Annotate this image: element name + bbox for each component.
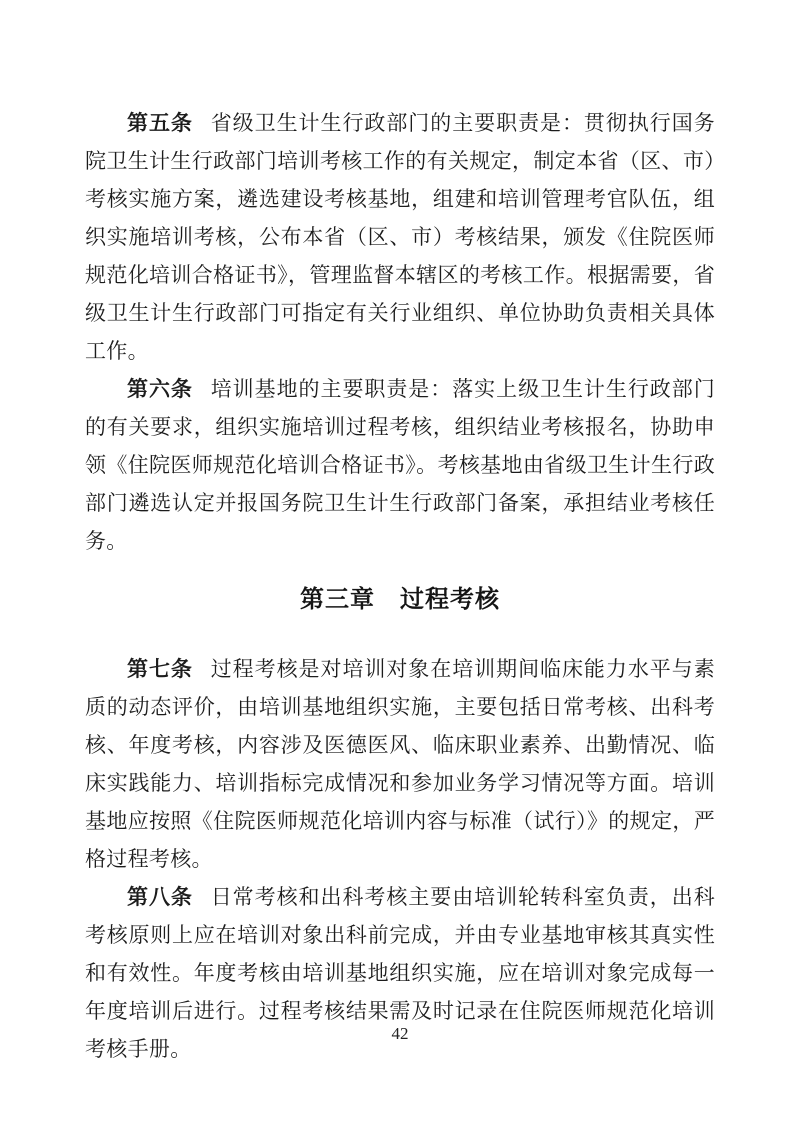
document-page: 第五条省级卫生计生行政部门的主要职责是：贯彻执行国务院卫生计生行政部门培训考核工… xyxy=(0,0,800,1129)
document-content: 第五条省级卫生计生行政部门的主要职责是：贯彻执行国务院卫生计生行政部门培训考核工… xyxy=(85,104,715,1068)
article-5-text: 省级卫生计生行政部门的主要职责是：贯彻执行国务院卫生计生行政部门培训考核工作的有… xyxy=(85,111,715,363)
article-7-number: 第七条 xyxy=(127,657,193,681)
article-6-text: 培训基地的主要职责是：落实上级卫生计生行政部门的有关要求，组织实施培训过程考核，… xyxy=(85,377,715,553)
page-number: 42 xyxy=(0,1022,800,1046)
chapter-heading: 第三章 过程考核 xyxy=(85,580,715,620)
paragraph-article-7: 第七条过程考核是对培训对象在培训期间临床能力水平与素质的动态评价，由培训基地组织… xyxy=(85,650,715,878)
paragraph-article-5: 第五条省级卫生计生行政部门的主要职责是：贯彻执行国务院卫生计生行政部门培训考核工… xyxy=(85,104,715,370)
article-8-number: 第八条 xyxy=(127,885,193,909)
article-5-number: 第五条 xyxy=(127,111,193,135)
paragraph-article-6: 第六条培训基地的主要职责是：落实上级卫生计生行政部门的有关要求，组织实施培训过程… xyxy=(85,370,715,560)
article-7-text: 过程考核是对培训对象在培训期间临床能力水平与素质的动态评价，由培训基地组织实施，… xyxy=(85,657,715,871)
article-6-number: 第六条 xyxy=(127,377,193,401)
